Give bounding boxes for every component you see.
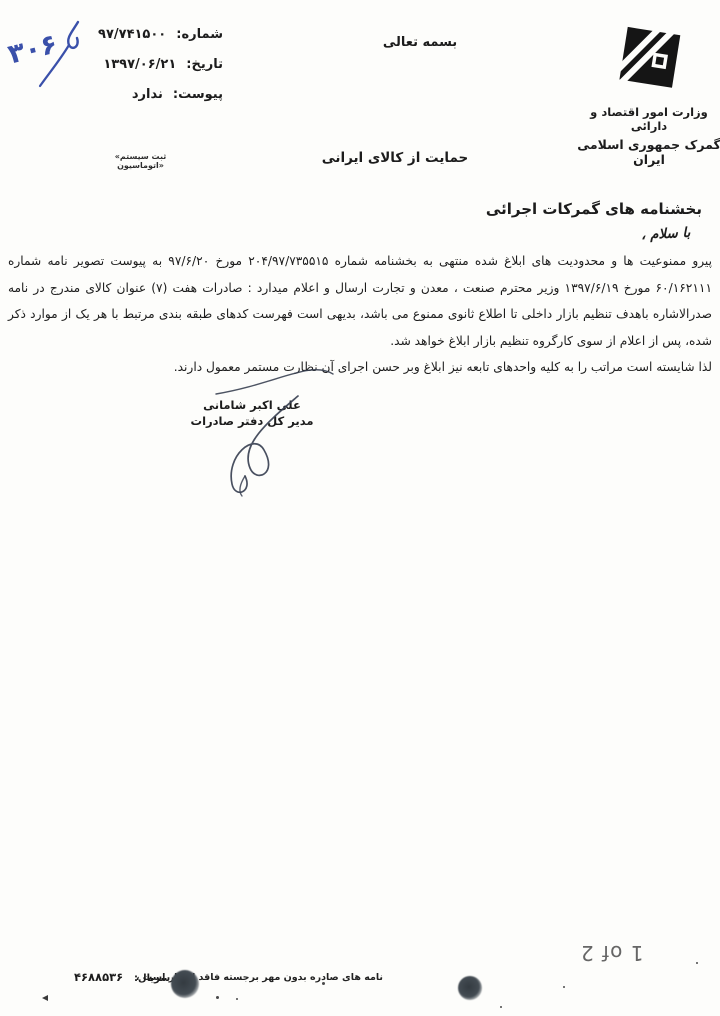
customs-org-name: گمرک جمهوری اسلامی ایران (570, 137, 720, 167)
year-slogan: حمایت از کالای ایرانی (308, 150, 482, 166)
signature-block: علی اکبر شامانی مدیر کل دفتر صادرات (182, 397, 322, 429)
customs-logo-icon (611, 20, 687, 96)
organization-block: وزارت امور اقتصاد و دارائی گمرک جمهوری ا… (570, 20, 720, 167)
ministry-name: وزارت امور اقتصاد و دارائی (570, 105, 720, 133)
ink-speck (322, 982, 325, 985)
date-label: تاریخ: (186, 57, 223, 72)
page-indicator: 1 of 2 (580, 941, 643, 965)
ink-speck (236, 998, 238, 1000)
letter-date-row: تاریخ:۱۳۹۷/۰۶/۲۱ (48, 57, 223, 72)
recipient-heading: بخشنامه های گمرکات اجرائی (486, 200, 702, 218)
letter-meta: شماره:۹۷/۷۴۱۵۰۰ تاریخ:۱۳۹۷/۰۶/۲۱ پیوست:ن… (48, 27, 223, 117)
serial-label: سریال: (134, 973, 170, 984)
letter-number-row: شماره:۹۷/۷۴۱۵۰۰ (48, 27, 223, 42)
number-label: شماره: (176, 27, 223, 42)
ink-speck (500, 1006, 502, 1008)
ink-speck (216, 996, 219, 999)
signer-title: مدیر کل دفتر صادرات (182, 413, 322, 429)
scanned-letter-page: ۳۰۶ شماره:۹۷/۷۴۱۵۰۰ تاریخ:۱۳۹۷/۰۶/۲۱ پیو… (0, 0, 720, 1016)
arrow-artifact-icon (42, 995, 48, 1001)
attachment-label: پیوست: (173, 87, 223, 102)
body-paragraph-2: لذا شایسته است مراتب را به کلیه واحدهای … (8, 354, 712, 381)
body-paragraph-1: پیرو ممنوعیت ها و محدودیت های ابلاغ شده … (8, 248, 712, 354)
basmala-text: بسمه تعالی (378, 35, 462, 50)
number-value: ۹۷/۷۴۱۵۰۰ (98, 27, 166, 42)
ink-stamp-dot-2 (458, 976, 482, 1000)
ink-stamp-dot (171, 970, 199, 998)
serial-number: ۴۶۸۸۵۳۶ (74, 970, 123, 984)
salutation-text: با سلام ، (640, 225, 690, 244)
date-value: ۱۳۹۷/۰۶/۲۱ (103, 57, 176, 72)
letter-attachment-row: پیوست:ندارد (48, 87, 223, 102)
letter-body: پیرو ممنوعیت ها و محدودیت های ابلاغ شده … (8, 248, 712, 381)
attachment-value: ندارد (132, 87, 163, 102)
ink-speck (696, 962, 698, 964)
ink-speck (563, 986, 565, 988)
automation-registry-note: «ثبت سیستم اتوماسیون» (93, 152, 188, 170)
signer-name: علی اکبر شامانی (182, 397, 322, 413)
